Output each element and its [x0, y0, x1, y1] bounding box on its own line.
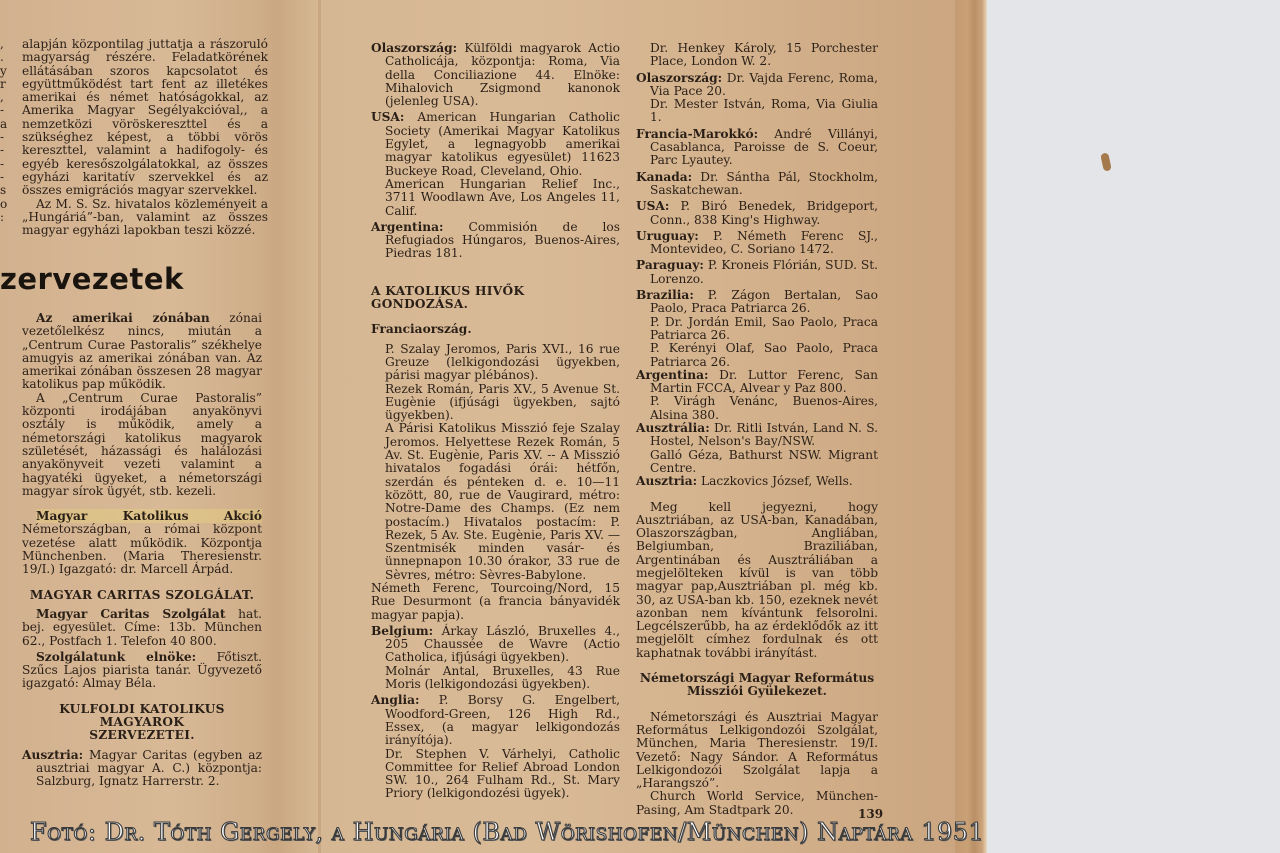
country-entry: USA: P. Biró Benedek, Bridgeport, Conn.,…: [636, 200, 878, 227]
margin-mark: ,: [0, 91, 10, 104]
country-entry: Brazilia: P. Zágon Bertalan, Sao Paolo, …: [636, 289, 878, 316]
country-entry: Francia-Marokkó: André Villányi, Casabla…: [636, 128, 878, 168]
kulfoldi-heading-line2: SZERVEZETEI.: [22, 729, 262, 742]
francia-entry: A Párisi Katolikus Misszió feje Szalay J…: [371, 422, 620, 582]
country-entry: Argentina: Dr. Luttor Ferenc, San Martin…: [636, 369, 878, 396]
country-entry: Kanada: Dr. Sántha Pál, Stockholm, Saska…: [636, 171, 878, 198]
country-entry: Ausztria: Laczkovics József, Wells.: [636, 475, 878, 488]
country-entry: Olaszország: Dr. Vajda Ferenc, Roma, Via…: [636, 72, 878, 99]
entry-text: P. Biró Benedek, Bridgeport, Conn., 838 …: [650, 199, 878, 226]
country-label: Uruguay:: [636, 229, 699, 243]
background-speck: [1100, 152, 1112, 171]
caritas-heading: MAGYAR CARITAS SZOLGÁLAT.: [22, 589, 262, 602]
country-label: Olaszország:: [636, 71, 722, 85]
olaszorszag-entry: Olaszország: Külföldi magyarok Actio Cat…: [371, 42, 620, 108]
bold-lead: Magyar Katolikus Akció: [36, 509, 262, 523]
photo-credit-caption: Fotó: Dr. Tóth Gergely, a Hungária (Bad …: [30, 818, 1270, 846]
left-column-lower: Az amerikai zónában zónai vezetőlelkész …: [22, 312, 262, 789]
francia-entry: Rezek Román, Paris XV., 5 Avenue St. Eug…: [371, 383, 620, 423]
page-fold: [318, 0, 321, 853]
entry-text: Laczkovics József, Wells.: [697, 474, 853, 488]
country-label: Kanada:: [636, 170, 692, 184]
katolikus-akcio-paragraph: Magyar Katolikus Akció Németországban, a…: [22, 510, 262, 576]
anglia-entry: Anglia: P. Borsy G. Engelbert, Woodford-…: [371, 694, 620, 747]
paragraph-text: Németországban, a római központ vezetése…: [22, 522, 262, 576]
usa-sub-entry: American Hungarian Relief Inc., 3711 Woo…: [371, 178, 620, 218]
country-sub-entry: Dr. Mester István, Roma, Via Giulia 1.: [636, 98, 878, 125]
ausztria-entry: Ausztria: Magyar Caritas (egyben az ausz…: [22, 749, 262, 789]
country-entry: Paraguay: P. Kroneis Flórián, SUD. St. L…: [636, 259, 878, 286]
hivok-heading-line2: GONDOZÁSA.: [371, 298, 620, 311]
francia-entry: P. Szalay Jeromos, Paris XVI., 16 rue Gr…: [371, 343, 620, 383]
country-label: Argentina:: [636, 368, 709, 382]
country-label: Brazilia:: [636, 288, 694, 302]
american-zone-paragraph: Az amerikai zónában zónai vezetőlelkész …: [22, 312, 262, 392]
reformatus-heading-line2: Missziói Gyülekezet.: [636, 685, 878, 698]
country-sub-entry: P. Kerényi Olaf, Sao Paolo, Praca Patria…: [636, 342, 878, 369]
margin-mark: :: [0, 211, 10, 224]
belgium-entry: Belgium: Árkay László, Bruxelles 4., 205…: [371, 625, 620, 665]
country-sub-entry: P. Dr. Jordán Emil, Sao Paolo, Praca Pat…: [636, 316, 878, 343]
belgium-sub-entry: Molnár Antal, Bruxelles, 43 Rue Moris (l…: [371, 665, 620, 692]
argentina-entry: Argentina: Commisión de los Refugiados H…: [371, 221, 620, 261]
section-heading-szervezetek: zervezetek: [0, 262, 184, 296]
country-label: Ausztria:: [636, 474, 697, 488]
nemeth-entry: Németh Ferenc, Tourcoing/Nord, 15 Rue De…: [371, 582, 620, 622]
reformatus-heading-line1: Németországi Magyar Református: [636, 672, 878, 685]
msz-paragraph: Az M. S. Sz. hivatalos közleményeit a „H…: [22, 198, 268, 238]
country-sub-entry: P. Virágh Venánc, Buenos-Aires, Alsina 3…: [636, 395, 878, 422]
elnok-paragraph: Szolgálatunk elnöke: Főtiszt. Szűcs Lajo…: [22, 651, 262, 691]
margin-mark: r: [0, 78, 10, 91]
margin-mark: -: [0, 171, 10, 184]
country-label: Ausztrália:: [636, 421, 710, 435]
margin-mark: -: [0, 158, 10, 171]
intro-paragraph: alapján központilag juttatja a rászoruló…: [22, 38, 268, 198]
note-paragraph: Meg kell jegyezni, hogy Ausztriában, az …: [636, 501, 878, 661]
country-label: Anglia:: [371, 693, 420, 707]
margin-mark: .: [0, 51, 10, 64]
francia-heading: Franciaország.: [371, 323, 620, 336]
country-label: Olaszország:: [371, 41, 457, 55]
country-entry: Uruguay: P. Németh Ferenc SJ., Montevide…: [636, 230, 878, 257]
country-label: Francia-Marokkó:: [636, 127, 758, 141]
country-label: USA:: [371, 110, 404, 124]
reformatus-paragraph: Németországi és Ausztriai Magyar Reformá…: [636, 711, 878, 791]
right-column: Dr. Henkey Károly, 15 Porchester Place, …: [636, 42, 878, 817]
kulfoldi-heading-line1: KULFOLDI KATOLIKUS MAGYAROK: [22, 703, 262, 730]
country-label: Paraguay:: [636, 258, 704, 272]
margin-mark: s: [0, 184, 10, 197]
anglia-sub-entry: Dr. Stephen V. Várhelyi, Catholic Commit…: [371, 748, 620, 801]
margin-mark: ,: [0, 38, 10, 51]
margin-mark: o: [0, 198, 10, 211]
left-column: alapján központilag juttatja a rászoruló…: [22, 38, 268, 237]
henkey-entry: Dr. Henkey Károly, 15 Porchester Place, …: [636, 42, 878, 69]
country-label: Ausztria:: [22, 748, 83, 762]
country-label: Belgium:: [371, 624, 433, 638]
caritas-paragraph: Magyar Caritas Szolgálat hat. bej. egyes…: [22, 608, 262, 648]
country-sub-entry: Galló Géza, Bathurst NSW. Migrant Centre…: [636, 449, 878, 476]
page-edge: [955, 0, 987, 853]
margin-mark: -: [0, 104, 10, 117]
church-world-paragraph: Church World Service, München-Pasing, Am…: [636, 790, 878, 817]
bold-lead: Szolgálatunk elnöke:: [36, 650, 196, 664]
country-entry: Ausztrália: Dr. Ritli István, Land N. S.…: [636, 422, 878, 449]
usa-entry: USA: American Hungarian Catholic Society…: [371, 111, 620, 177]
centrum-paragraph: A „Centrum Curae Pastoralis” központi ir…: [22, 392, 262, 498]
entry-text: American Hungarian Catholic Society (Ame…: [385, 110, 620, 177]
bold-lead: Az amerikai zónában: [36, 311, 210, 325]
bold-lead: Magyar Caritas Szolgálat: [36, 607, 225, 621]
margin-mark: a: [0, 118, 10, 131]
country-label: Argentina:: [371, 220, 444, 234]
margin-mark: -: [0, 144, 10, 157]
margin-mark: y: [0, 65, 10, 78]
entry-text: P. Borsy G. Engelbert, Woodford-Green, 1…: [385, 693, 620, 747]
country-label: USA:: [636, 199, 669, 213]
margin-marks: , . y r , - a - - - - s o :: [0, 38, 10, 224]
margin-mark: -: [0, 131, 10, 144]
middle-column: Olaszország: Külföldi magyarok Actio Cat…: [371, 42, 620, 801]
